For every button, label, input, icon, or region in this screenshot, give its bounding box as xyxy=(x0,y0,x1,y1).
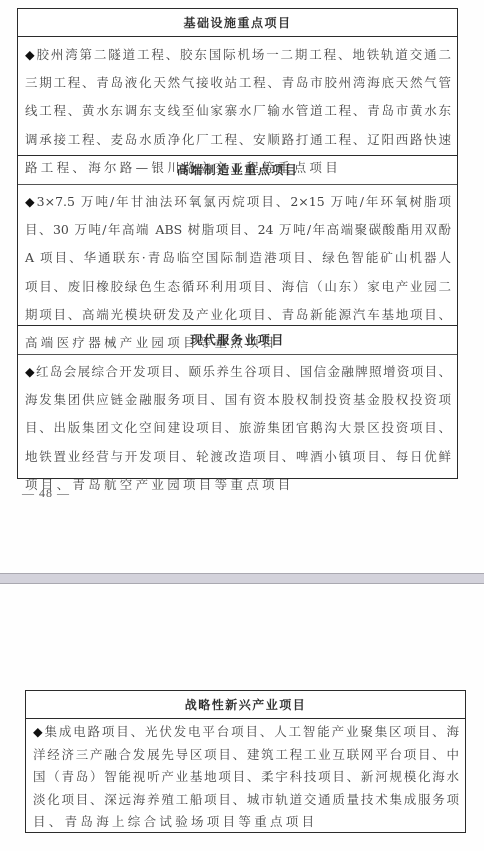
page-separator xyxy=(0,573,484,584)
text-line: 淡化项目、深远海养殖工船项目、城市轨道交通质量技术集成服务项 xyxy=(33,789,459,812)
text-line: 项目、废旧橡胶绿色生态循环利用项目、海信（山东）家电产业园二 xyxy=(25,273,451,301)
diamond-bullet-icon: ◆ xyxy=(25,194,37,209)
section-header-manufacturing: 高端制造业重点项目 xyxy=(18,156,457,184)
text-line: 三期工程、青岛液化天然气接收站工程、青岛市胶州湾海底天然气管 xyxy=(25,69,451,97)
text-line: 海发集团供应链金融服务项目、国有资本股权制投资基金股权投资项 xyxy=(25,386,451,414)
section-header-infrastructure: 基础设施重点项目 xyxy=(18,9,457,37)
text-line: ◆3×7.5 万吨/年甘油法环氧氯丙烷项目、2×15 万吨/年环氧树脂项 xyxy=(25,188,451,216)
text-line: 目、30 万吨/年高端 ABS 树脂项目、24 万吨/年高端聚碳酸酯用双酚 xyxy=(25,216,451,244)
text-line: 地铁置业经营与开发项目、轮渡改造项目、啤酒小镇项目、每日优鲜 xyxy=(25,443,451,471)
section-header-emerging-industries: 战略性新兴产业项目 xyxy=(26,691,465,719)
document-page-48: 基础设施重点项目 ◆胶州湾第二隧道工程、胶东国际机场一二期工程、地铁轨道交通二 … xyxy=(0,0,484,573)
diamond-bullet-icon: ◆ xyxy=(25,364,36,379)
text-line: 国（青岛）智能视听产业基地项目、柔宇科技项目、新河规模化海水 xyxy=(33,766,459,789)
text-line: 项目、青岛航空产业园项目等重点项目 xyxy=(25,471,451,499)
text-line: ◆红岛会展综合开发项目、颐乐养生谷项目、国信金融牌照增资项目、 xyxy=(25,358,451,386)
text-line: 洋经济三产融合发展先导区项目、建筑工程工业互联网平台项目、中 xyxy=(33,744,459,767)
projects-table-bottom: 战略性新兴产业项目 ◆集成电路项目、光伏发电平台项目、人工智能产业聚集区项目、海… xyxy=(25,690,466,833)
text-line: 线工程、黄水东调东支线至仙家寨水厂输水管道工程、青岛市黄水东 xyxy=(25,97,451,125)
diamond-bullet-icon: ◆ xyxy=(25,47,36,62)
section-body-emerging-industries: ◆集成电路项目、光伏发电平台项目、人工智能产业聚集区项目、海 洋经济三产融合发展… xyxy=(26,717,465,834)
page-number: — 48 — xyxy=(22,486,70,501)
text-line: ◆胶州湾第二隧道工程、胶东国际机场一二期工程、地铁轨道交通二 xyxy=(25,41,451,69)
text-line: 目、出版集团文化空间建设项目、旅游集团官鹅沟大景区投资项目、 xyxy=(25,414,451,442)
projects-table-top: 基础设施重点项目 ◆胶州湾第二隧道工程、胶东国际机场一二期工程、地铁轨道交通二 … xyxy=(17,8,458,479)
section-body-services: ◆红岛会展综合开发项目、颐乐养生谷项目、国信金融牌照增资项目、 海发集团供应链金… xyxy=(18,354,457,499)
text-line: 调承接工程、麦岛水质净化厂工程、安顺路打通工程、辽阳西路快速 xyxy=(25,126,451,154)
diamond-bullet-icon: ◆ xyxy=(33,724,44,739)
text-line: 目、青岛海上综合试验场项目等重点项目 xyxy=(33,811,459,834)
text-line: A 项目、华通联东·青岛临空国际制造港项目、绿色智能矿山机器人 xyxy=(25,244,451,272)
text-line: ◆集成电路项目、光伏发电平台项目、人工智能产业聚集区项目、海 xyxy=(33,721,459,744)
section-header-services: 现代服务业项目 xyxy=(18,326,457,354)
